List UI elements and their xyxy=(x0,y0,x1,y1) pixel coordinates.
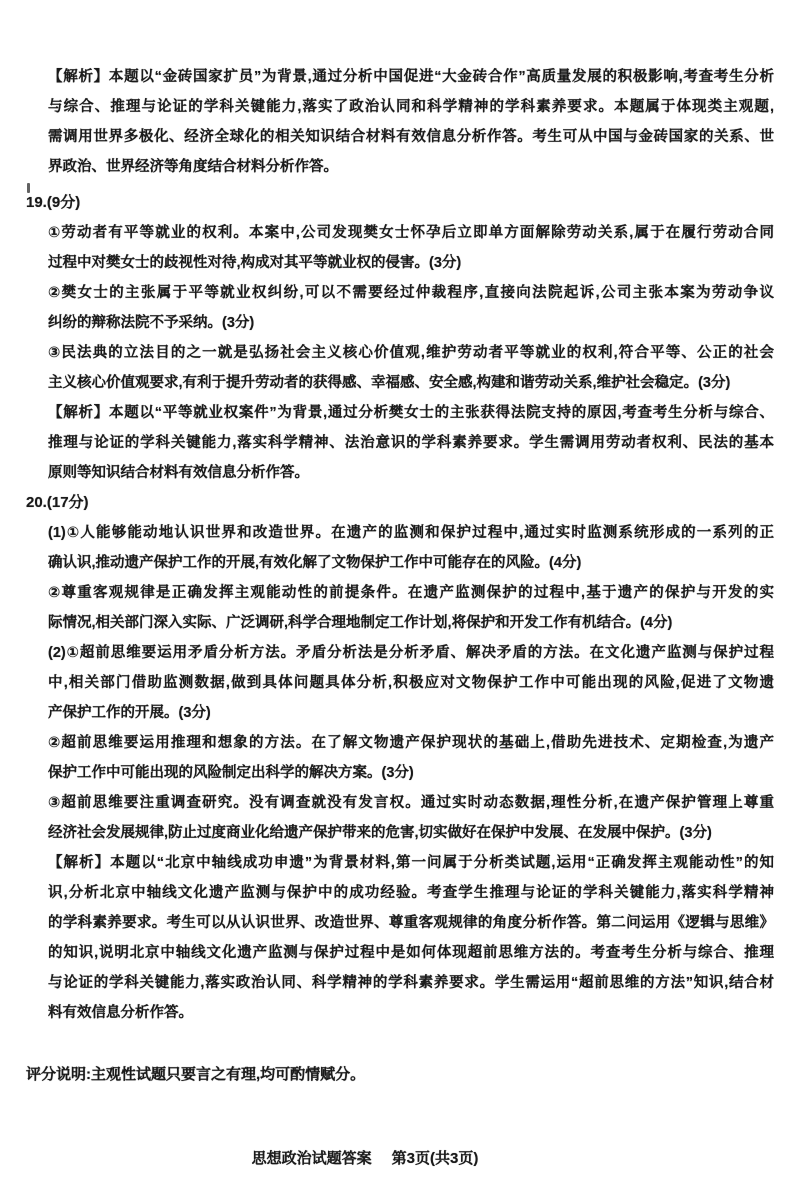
question-19-header: 19.(9分) xyxy=(26,188,774,218)
text-line: ③民法典的立法目的之一就是弘扬社会主义核心价值观,维护劳动者平等就业的权利,符合… xyxy=(48,338,774,368)
text-line: 过程中对樊女士的歧视性对待,构成对其平等就业权的侵害。(3分) xyxy=(48,248,774,278)
q20-part1-answer-point-1: (1)①人能够能动地认识世界和改造世界。在遗产的监测和保护过程中,通过实时监测系… xyxy=(48,518,774,578)
text-line: ②尊重客观规律是正确发挥主观能动性的前提条件。在遗产监测保护的过程中,基于遗产的… xyxy=(48,578,774,608)
q18-analysis-paragraph: 【解析】本题以“金砖国家扩员”为背景,通过分析中国促进“大金砖合作”高质量发展的… xyxy=(48,62,774,182)
q19-answer-point-1: ①劳动者有平等就业的权利。本案中,公司发现樊女士怀孕后立即单方面解除劳动关系,属… xyxy=(48,218,774,278)
q19-answer-point-3: ③民法典的立法目的之一就是弘扬社会主义核心价值观,维护劳动者平等就业的权利,符合… xyxy=(48,338,774,398)
q19-answer-point-2: ②樊女士的主张属于平等就业权纠纷,可以不需要经过仲裁程序,直接向法院起诉,公司主… xyxy=(48,278,774,338)
q20-analysis-paragraph: 【解析】本题以“北京中轴线成功申遗”为背景材料,第一问属于分析类试题,运用“正确… xyxy=(48,848,774,1028)
text-line: 料有效信息分析作答。 xyxy=(48,998,774,1028)
text-line: 主义核心价值观要求,有利于提升劳动者的获得感、幸福感、安全感,构建和谐劳动关系,… xyxy=(48,368,774,398)
text-line: 的学科素养要求。考生可以从认识世界、改造世界、尊重客观规律的角度分析作答。第二问… xyxy=(48,908,774,938)
text-line: ①劳动者有平等就业的权利。本案中,公司发现樊女士怀孕后立即单方面解除劳动关系,属… xyxy=(48,218,774,248)
q20-part2-answer-point-2: ②超前思维要运用推理和想象的方法。在了解文物遗产保护现状的基础上,借助先进技术、… xyxy=(48,728,774,788)
footer-doc-title: 思想政治试题答案 xyxy=(252,1150,372,1167)
q20-part1-answer-point-2: ②尊重客观规律是正确发挥主观能动性的前提条件。在遗产监测保护的过程中,基于遗产的… xyxy=(48,578,774,638)
text-line: 【解析】本题以“北京中轴线成功申遗”为背景材料,第一问属于分析类试题,运用“正确… xyxy=(48,848,774,878)
text-line: 产保护工作的开展。(3分) xyxy=(48,698,774,728)
text-line: 中,相关部门借助监测数据,做到具体问题具体分析,积极应对文物保护工作中可能出现的… xyxy=(48,668,774,698)
exam-answer-page: 【解析】本题以“金砖国家扩员”为背景,通过分析中国促进“大金砖合作”高质量发展的… xyxy=(0,0,800,1178)
text-line: 界政治、世界经济等角度结合材料分析作答。 xyxy=(48,152,774,182)
text-line: 经济社会发展规律,防止过度商业化给遗产保护带来的危害,切实做好在保护中发展、在发… xyxy=(48,818,774,848)
text-line: 【解析】本题以“金砖国家扩员”为背景,通过分析中国促进“大金砖合作”高质量发展的… xyxy=(48,62,774,92)
text-line: 确认识,推动遗产保护工作的开展,有效化解了文物保护工作中可能存在的风险。(4分) xyxy=(48,548,774,578)
text-line: 与论证的学科关键能力,落实政治认同、科学精神的学科素养要求。学生需运用“超前思维… xyxy=(48,968,774,998)
text-line: 的知识,说明北京中轴线文化遗产监测与保护过程中是如何体现超前思维方法的。考查考生… xyxy=(48,938,774,968)
footer-page-number: 第3页(共3页) xyxy=(392,1150,479,1167)
text-line: 际情况,相关部门深入实际、广泛调研,科学合理地制定工作计划,将保护和开发工作有机… xyxy=(48,608,774,638)
text-line: ②樊女士的主张属于平等就业权纠纷,可以不需要经过仲裁程序,直接向法院起诉,公司主… xyxy=(48,278,774,308)
text-line: 识,分析北京中轴线文化遗产监测与保护中的成功经验。考查学生推理与论证的学科关键能… xyxy=(48,878,774,908)
text-line: 纠纷的辩称法院不予采纳。(3分) xyxy=(48,308,774,338)
text-line: ②超前思维要运用推理和想象的方法。在了解文物遗产保护现状的基础上,借助先进技术、… xyxy=(48,728,774,758)
document-content: 【解析】本题以“金砖国家扩员”为背景,通过分析中国促进“大金砖合作”高质量发展的… xyxy=(48,62,774,1090)
text-line: ③超前思维要注重调查研究。没有调查就没有发言权。通过实时动态数据,理性分析,在遗… xyxy=(48,788,774,818)
text-line: (1)①人能够能动地认识世界和改造世界。在遗产的监测和保护过程中,通过实时监测系… xyxy=(48,518,774,548)
q19-analysis-paragraph: 【解析】本题以“平等就业权案件”为背景,通过分析樊女士的主张获得法院支持的原因,… xyxy=(48,398,774,488)
text-line: 需调用世界多极化、经济全球化的相关知识结合材料有效信息分析作答。考生可从中国与金… xyxy=(48,122,774,152)
text-line: 原则等知识结合材料有效信息分析作答。 xyxy=(48,458,774,488)
q20-part2-answer-point-3: ③超前思维要注重调查研究。没有调查就没有发言权。通过实时动态数据,理性分析,在遗… xyxy=(48,788,774,848)
scoring-note: 评分说明:主观性试题只要言之有理,均可酌情赋分。 xyxy=(26,1060,774,1090)
text-line: 与综合、推理与论证的学科关键能力,落实了政治认同和科学精神的学科素养要求。本题属… xyxy=(48,92,774,122)
q20-part2-answer-point-1: (2)①超前思维要运用矛盾分析方法。矛盾分析法是分析矛盾、解决矛盾的方法。在文化… xyxy=(48,638,774,728)
page-footer: 思想政治试题答案第3页(共3页) xyxy=(0,1144,730,1174)
text-line: 【解析】本题以“平等就业权案件”为背景,通过分析樊女士的主张获得法院支持的原因,… xyxy=(48,398,774,428)
text-line: 保护工作中可能出现的风险制定出科学的解决方案。(3分) xyxy=(48,758,774,788)
question-20-header: 20.(17分) xyxy=(26,488,774,518)
text-line: (2)①超前思维要运用矛盾分析方法。矛盾分析法是分析矛盾、解决矛盾的方法。在文化… xyxy=(48,638,774,668)
text-line: 推理与论证的学科关键能力,落实科学精神、法治意识的学科素养要求。学生需调用劳动者… xyxy=(48,428,774,458)
scan-artifact-speck xyxy=(27,183,30,193)
